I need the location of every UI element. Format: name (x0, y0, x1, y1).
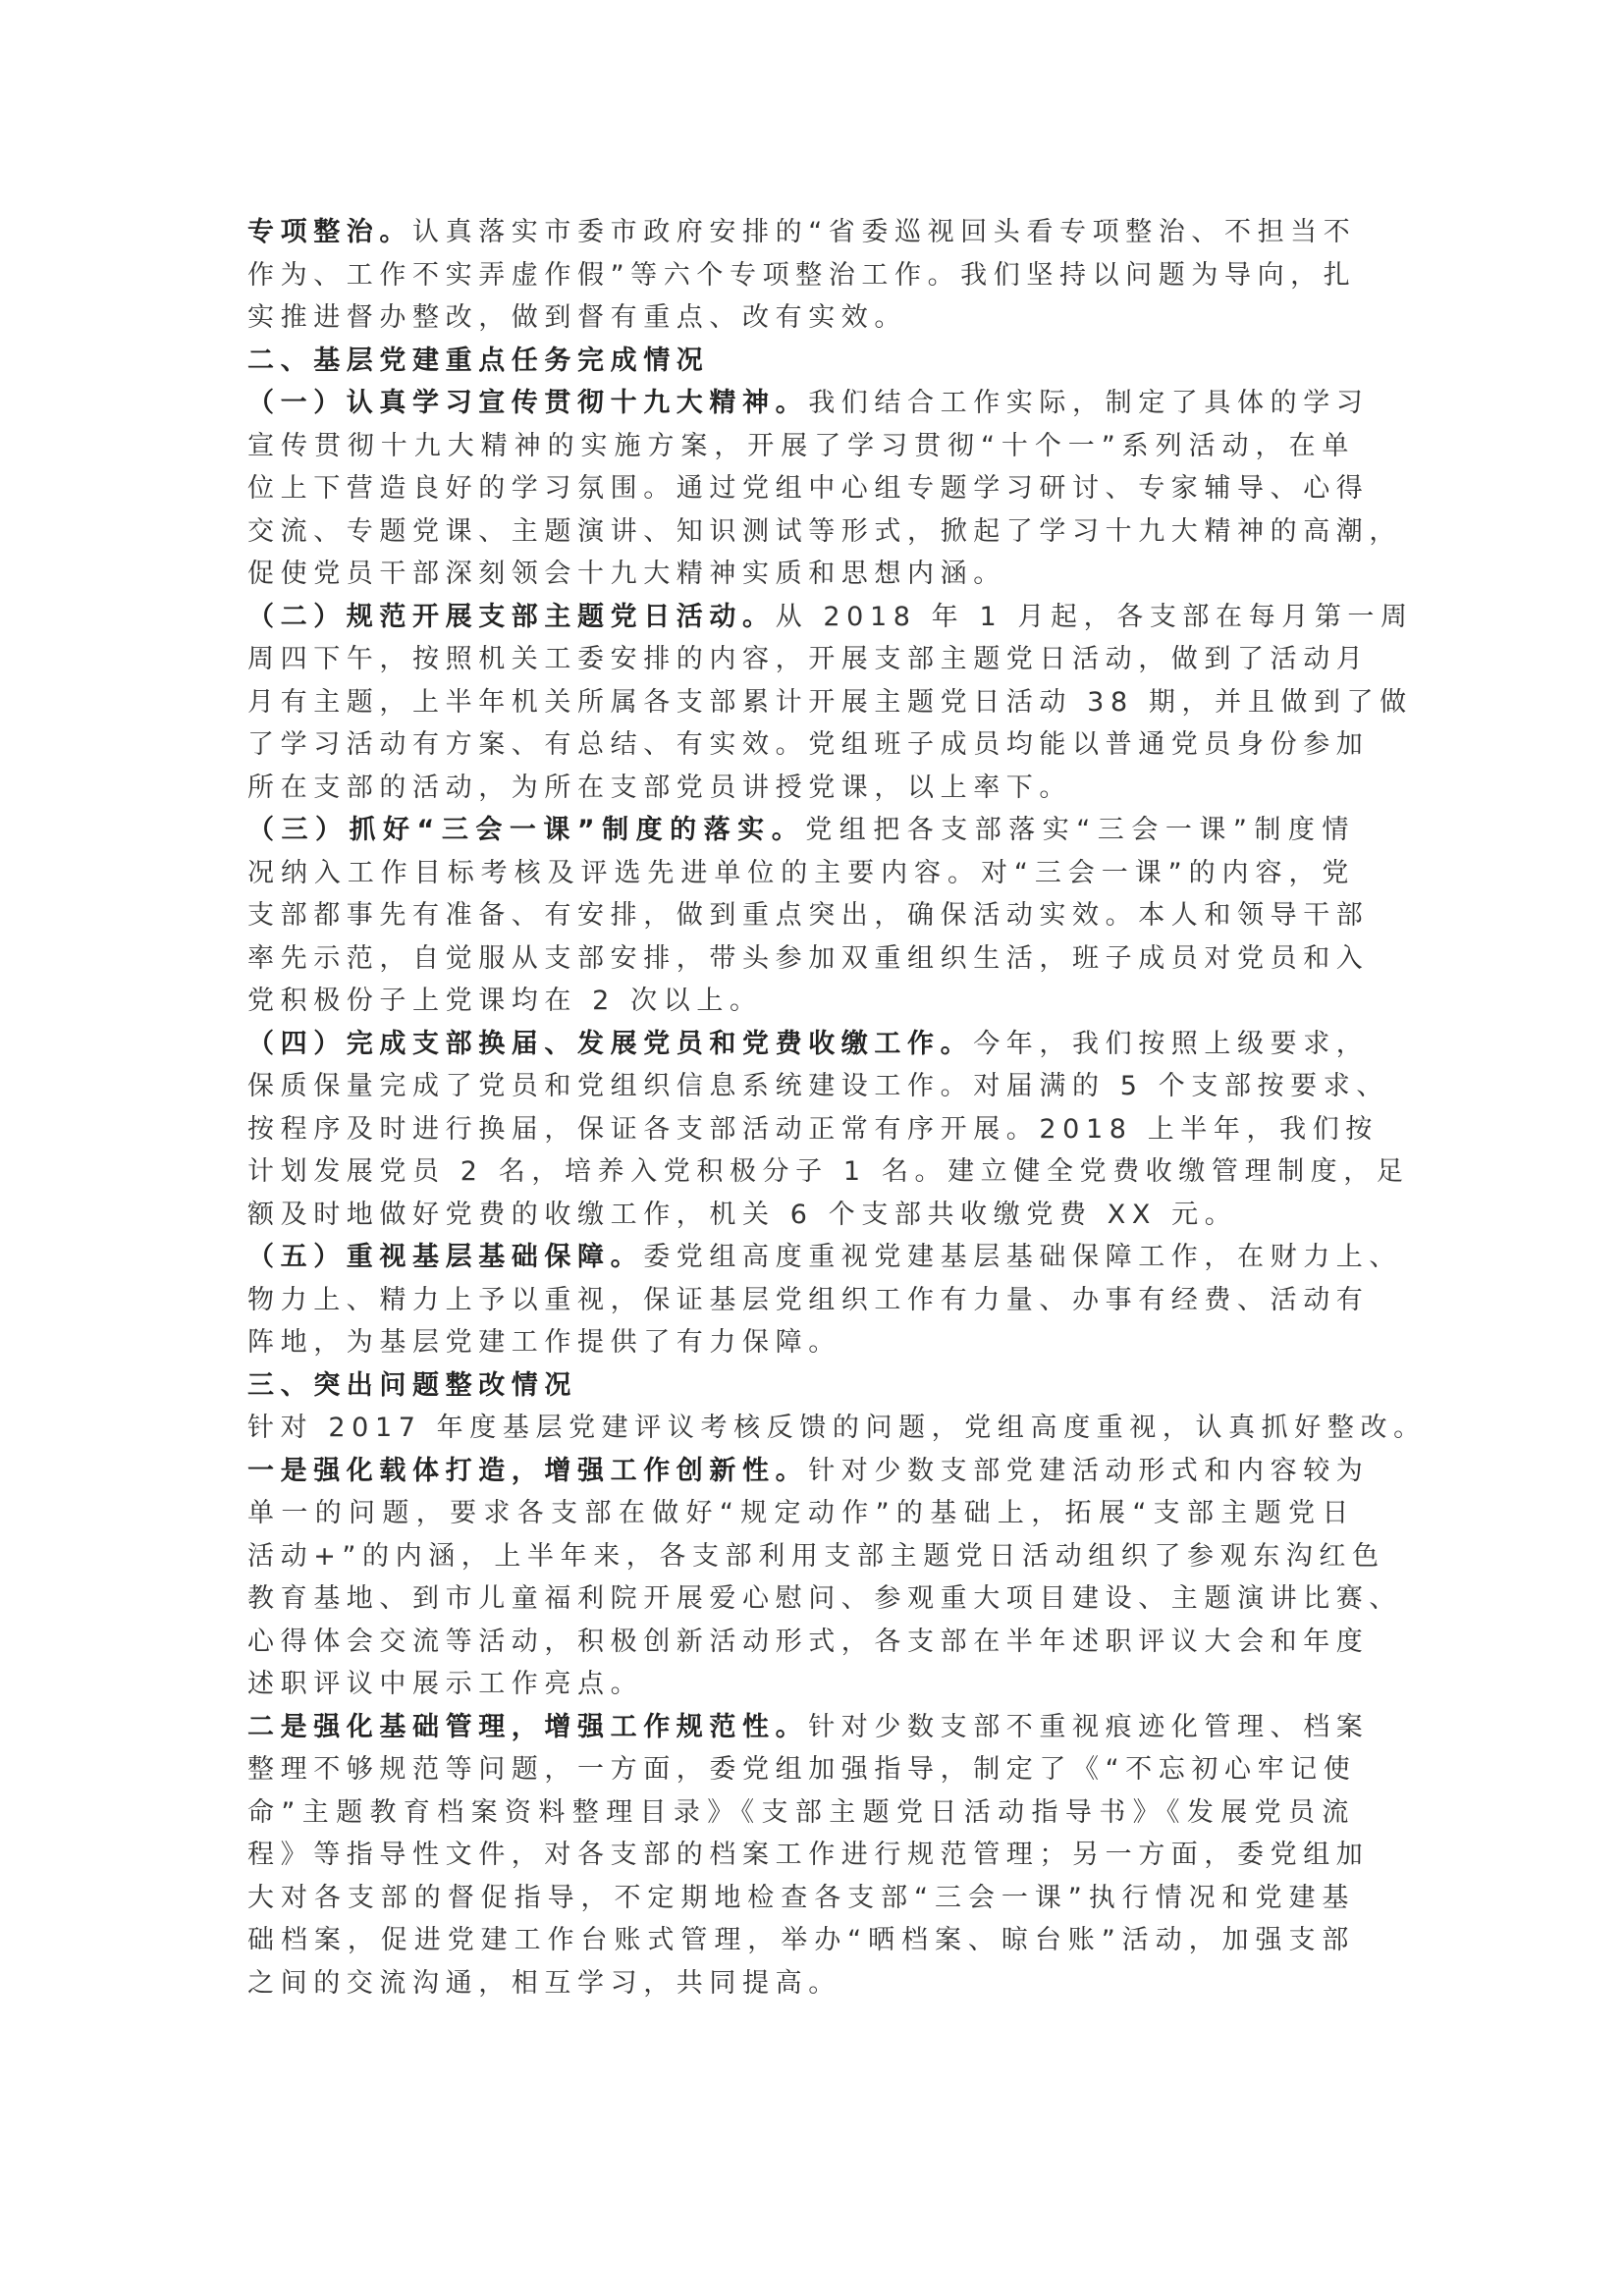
line: 阵地，为基层党建工作提供了有力保障。 (247, 1321, 1355, 1364)
line-text: 我们结合工作实际，制定了具体的学习 (808, 388, 1369, 418)
line-text: 促使党员干部深刻领会十九大精神实质和思想内涵。 (247, 559, 1006, 589)
line: 础档案，促进党建工作台账式管理，举办“晒档案、晾台账”活动，加强支部 (247, 1919, 1355, 1962)
line-text: 位上下营造良好的学习氛围。通过党组中心组专题学习研讨、专家辅导、心得 (247, 473, 1369, 504)
line-text: 实推进督办整改，做到督有重点、改有实效。 (247, 302, 907, 333)
line: 月有主题，上半年机关所属各支部累计开展主题党日活动 38 期，并且做到了做 (247, 681, 1355, 724)
line-text: 从 2018 年 1 月起，各支部在每月第一周 (776, 602, 1414, 632)
bold-lead: （一）认真学习宣传贯彻十九大精神。 (247, 388, 808, 418)
line-text: 针对少数支部不重视痕迹化管理、档案 (808, 1712, 1369, 1742)
line: 促使党员干部深刻领会十九大精神实质和思想内涵。 (247, 553, 1355, 596)
line: 之间的交流沟通，相互学习，共同提高。 (247, 1962, 1355, 2005)
line-text: 整理不够规范等问题，一方面，委党组加强指导，制定了《“不忘初心牢记使 (247, 1754, 1356, 1785)
line: 二是强化基础管理，增强工作规范性。针对少数支部不重视痕迹化管理、档案 (247, 1706, 1355, 1749)
bold-lead: 二是强化基础管理，增强工作规范性。 (247, 1712, 808, 1742)
line-text: 阵地，为基层党建工作提供了有力保障。 (247, 1327, 841, 1358)
line: 实推进督办整改，做到督有重点、改有实效。 (247, 296, 1355, 340)
line-text: 活动+”的内涵，上半年来，各支部利用支部主题党日活动组织了参观东沟红色 (247, 1541, 1385, 1572)
line-text: 述职评议中展示工作亮点。 (247, 1669, 643, 1699)
line-text: 党组把各支部落实“三会一课”制度情 (805, 815, 1355, 845)
line-text: 况纳入工作目标考核及评选先进单位的主要内容。对“三会一课”的内容，党 (247, 858, 1355, 888)
line-text: 认真落实市委市政府安排的“省委巡视回头看专项整治、不担当不 (412, 217, 1356, 247)
paragraph-item-3: （三）抓好“三会一课”制度的落实。党组把各支部落实“三会一课”制度情 况纳入工作… (247, 809, 1355, 1023)
document-page: 专项整治。认真落实市委市政府安排的“省委巡视回头看专项整治、不担当不 作为、工作… (247, 211, 1355, 2004)
line: 活动+”的内涵，上半年来，各支部利用支部主题党日活动组织了参观东沟红色 (247, 1535, 1355, 1578)
section-heading-3: 三、突出问题整改情况 (247, 1364, 1355, 1408)
line-text: 础档案，促进党建工作台账式管理，举办“晒档案、晾台账”活动，加强支部 (247, 1925, 1355, 1955)
line-text: 大对各支部的督促指导，不定期地检查各支部“三会一课”执行情况和党建基 (247, 1883, 1355, 1913)
line: 针对 2017 年度基层党建评议考核反馈的问题，党组高度重视，认真抓好整改。 (247, 1407, 1355, 1450)
line-text: 心得体会交流等活动，积极创新活动形式，各支部在半年述职评议大会和年度 (247, 1627, 1369, 1657)
line-text: 党积极份子上党课均在 2 次以上。 (247, 986, 763, 1016)
line-text: 作为、工作不实弄虚作假”等六个专项整治工作。我们坚持以问题为导向，扎 (247, 260, 1356, 291)
line: 物力上、精力上予以重视，保证基层党组织工作有力量、办事有经费、活动有 (247, 1279, 1355, 1322)
line: 党积极份子上党课均在 2 次以上。 (247, 980, 1355, 1023)
line: （二）规范开展支部主题党日活动。从 2018 年 1 月起，各支部在每月第一周 (247, 596, 1355, 639)
line: 周四下午，按照机关工委安排的内容，开展支部主题党日活动，做到了活动月 (247, 638, 1355, 681)
line-text: 教育基地、到市儿童福利院开展爱心慰问、参观重大项目建设、主题演讲比赛、 (247, 1583, 1402, 1614)
line-text: 月有主题，上半年机关所属各支部累计开展主题党日活动 38 期，并且做到了做 (247, 687, 1413, 718)
bold-lead: （五）重视基层基础保障。 (247, 1242, 643, 1272)
line: 一是强化载体打造，增强工作创新性。针对少数支部党建活动形式和内容较为 (247, 1450, 1355, 1493)
line: （四）完成支部换届、发展党员和党费收缴工作。今年，我们按照上级要求， (247, 1023, 1355, 1066)
line-text: 率先示范，自觉服从支部安排，带头参加双重组织生活，班子成员对党员和入 (247, 943, 1369, 974)
section-heading: 三、突出问题整改情况 (247, 1364, 1355, 1408)
line-text: 了学习活动有方案、有总结、有实效。党组班子成员均能以普通党员身份参加 (247, 729, 1369, 760)
line: 支部都事先有准备、有安排，做到重点突出，确保活动实效。本人和领导干部 (247, 894, 1355, 937)
line-text: 单一的问题，要求各支部在做好“规定动作”的基础上，拓展“支部主题党日 (247, 1498, 1355, 1528)
section-heading-2: 二、基层党建重点任务完成情况 (247, 340, 1355, 383)
line: 作为、工作不实弄虚作假”等六个专项整治工作。我们坚持以问题为导向，扎 (247, 254, 1355, 297)
line-text: 保质保量完成了党员和党组织信息系统建设工作。对届满的 5 个支部按要求、 (247, 1071, 1389, 1101)
line: 计划发展党员 2 名，培养入党积极分子 1 名。建立健全党费收缴管理制度，足 (247, 1150, 1355, 1194)
bold-lead: （三）抓好“三会一课”制度的落实。 (247, 815, 805, 845)
line-text: 支部都事先有准备、有安排，做到重点突出，确保活动实效。本人和领导干部 (247, 900, 1369, 931)
line: 按程序及时进行换届，保证各支部活动正常有序开展。2018 上半年，我们按 (247, 1108, 1355, 1151)
paragraph-measure-2: 二是强化基础管理，增强工作规范性。针对少数支部不重视痕迹化管理、档案 整理不够规… (247, 1706, 1355, 2005)
line-text: 宣传贯彻十九大精神的实施方案，开展了学习贯彻“十个一”系列活动，在单 (247, 431, 1355, 461)
line: 所在支部的活动，为所在支部党员讲授党课，以上率下。 (247, 767, 1355, 810)
bold-lead: （四）完成支部换届、发展党员和党费收缴工作。 (247, 1029, 973, 1059)
line-text: 计划发展党员 2 名，培养入党积极分子 1 名。建立健全党费收缴管理制度，足 (247, 1156, 1410, 1187)
line: 宣传贯彻十九大精神的实施方案，开展了学习贯彻“十个一”系列活动，在单 (247, 425, 1355, 468)
line: 教育基地、到市儿童福利院开展爱心慰问、参观重大项目建设、主题演讲比赛、 (247, 1577, 1355, 1621)
line-text: 程》等指导性文件，对各支部的档案工作进行规范管理；另一方面，委党组加 (247, 1840, 1369, 1870)
line-text: 周四下午，按照机关工委安排的内容，开展支部主题党日活动，做到了活动月 (247, 644, 1369, 674)
line-text: 物力上、精力上予以重视，保证基层党组织工作有力量、办事有经费、活动有 (247, 1285, 1369, 1315)
bold-lead: 一是强化载体打造，增强工作创新性。 (247, 1456, 808, 1486)
line: 述职评议中展示工作亮点。 (247, 1663, 1355, 1706)
line-text: 针对 2017 年度基层党建评议考核反馈的问题，党组高度重视，认真抓好整改。 (247, 1413, 1427, 1443)
line: 保质保量完成了党员和党组织信息系统建设工作。对届满的 5 个支部按要求、 (247, 1065, 1355, 1108)
line: （三）抓好“三会一课”制度的落实。党组把各支部落实“三会一课”制度情 (247, 809, 1355, 852)
line-text: 今年，我们按照上级要求， (973, 1029, 1369, 1059)
section-heading: 二、基层党建重点任务完成情况 (247, 340, 1355, 383)
line: 额及时地做好党费的收缴工作，机关 6 个支部共收缴党费 XX 元。 (247, 1194, 1355, 1237)
line: 交流、专题党课、主题演讲、知识测试等形式，掀起了学习十九大精神的高潮， (247, 510, 1355, 554)
line: 单一的问题，要求各支部在做好“规定动作”的基础上，拓展“支部主题党日 (247, 1492, 1355, 1535)
line-text: 之间的交流沟通，相互学习，共同提高。 (247, 1968, 841, 1999)
line: 率先示范，自觉服从支部安排，带头参加双重组织生活，班子成员对党员和入 (247, 937, 1355, 981)
line: 位上下营造良好的学习氛围。通过党组中心组专题学习研讨、专家辅导、心得 (247, 467, 1355, 510)
line-text: 针对少数支部党建活动形式和内容较为 (808, 1456, 1369, 1486)
paragraph-item-2: （二）规范开展支部主题党日活动。从 2018 年 1 月起，各支部在每月第一周 … (247, 596, 1355, 810)
line-text: 按程序及时进行换届，保证各支部活动正常有序开展。2018 上半年，我们按 (247, 1114, 1379, 1145)
line: 整理不够规范等问题，一方面，委党组加强指导，制定了《“不忘初心牢记使 (247, 1748, 1355, 1791)
line-text: 交流、专题党课、主题演讲、知识测试等形式，掀起了学习十九大精神的高潮， (247, 516, 1402, 547)
line: 命”主题教育档案资料整理目录》《支部主题党日活动指导书》《发展党员流 (247, 1791, 1355, 1835)
paragraph-item-4: （四）完成支部换届、发展党员和党费收缴工作。今年，我们按照上级要求， 保质保量完… (247, 1023, 1355, 1237)
line: 程》等指导性文件，对各支部的档案工作进行规范管理；另一方面，委党组加 (247, 1834, 1355, 1877)
line-text: 委党组高度重视党建基层基础保障工作，在财力上、 (643, 1242, 1402, 1272)
line: （一）认真学习宣传贯彻十九大精神。我们结合工作实际，制定了具体的学习 (247, 382, 1355, 425)
paragraph-rectification-intro: 针对 2017 年度基层党建评议考核反馈的问题，党组高度重视，认真抓好整改。 (247, 1407, 1355, 1450)
paragraph-special-rectification: 专项整治。认真落实市委市政府安排的“省委巡视回头看专项整治、不担当不 作为、工作… (247, 211, 1355, 340)
paragraph-item-5: （五）重视基层基础保障。委党组高度重视党建基层基础保障工作，在财力上、 物力上、… (247, 1236, 1355, 1364)
line: 心得体会交流等活动，积极创新活动形式，各支部在半年述职评议大会和年度 (247, 1621, 1355, 1664)
bold-lead: （二）规范开展支部主题党日活动。 (247, 602, 776, 632)
paragraph-measure-1: 一是强化载体打造，增强工作创新性。针对少数支部党建活动形式和内容较为 单一的问题… (247, 1450, 1355, 1706)
line: （五）重视基层基础保障。委党组高度重视党建基层基础保障工作，在财力上、 (247, 1236, 1355, 1279)
line: 了学习活动有方案、有总结、有实效。党组班子成员均能以普通党员身份参加 (247, 723, 1355, 767)
line-text: 命”主题教育档案资料整理目录》《支部主题党日活动指导书》《发展党员流 (247, 1797, 1355, 1828)
bold-lead: 专项整治。 (247, 217, 412, 247)
line: 专项整治。认真落实市委市政府安排的“省委巡视回头看专项整治、不担当不 (247, 211, 1355, 254)
line: 大对各支部的督促指导，不定期地检查各支部“三会一课”执行情况和党建基 (247, 1877, 1355, 1920)
line-text: 所在支部的活动，为所在支部党员讲授党课，以上率下。 (247, 773, 1072, 803)
line-text: 额及时地做好党费的收缴工作，机关 6 个支部共收缴党费 XX 元。 (247, 1200, 1237, 1230)
paragraph-item-1: （一）认真学习宣传贯彻十九大精神。我们结合工作实际，制定了具体的学习 宣传贯彻十… (247, 382, 1355, 596)
line: 况纳入工作目标考核及评选先进单位的主要内容。对“三会一课”的内容，党 (247, 852, 1355, 895)
